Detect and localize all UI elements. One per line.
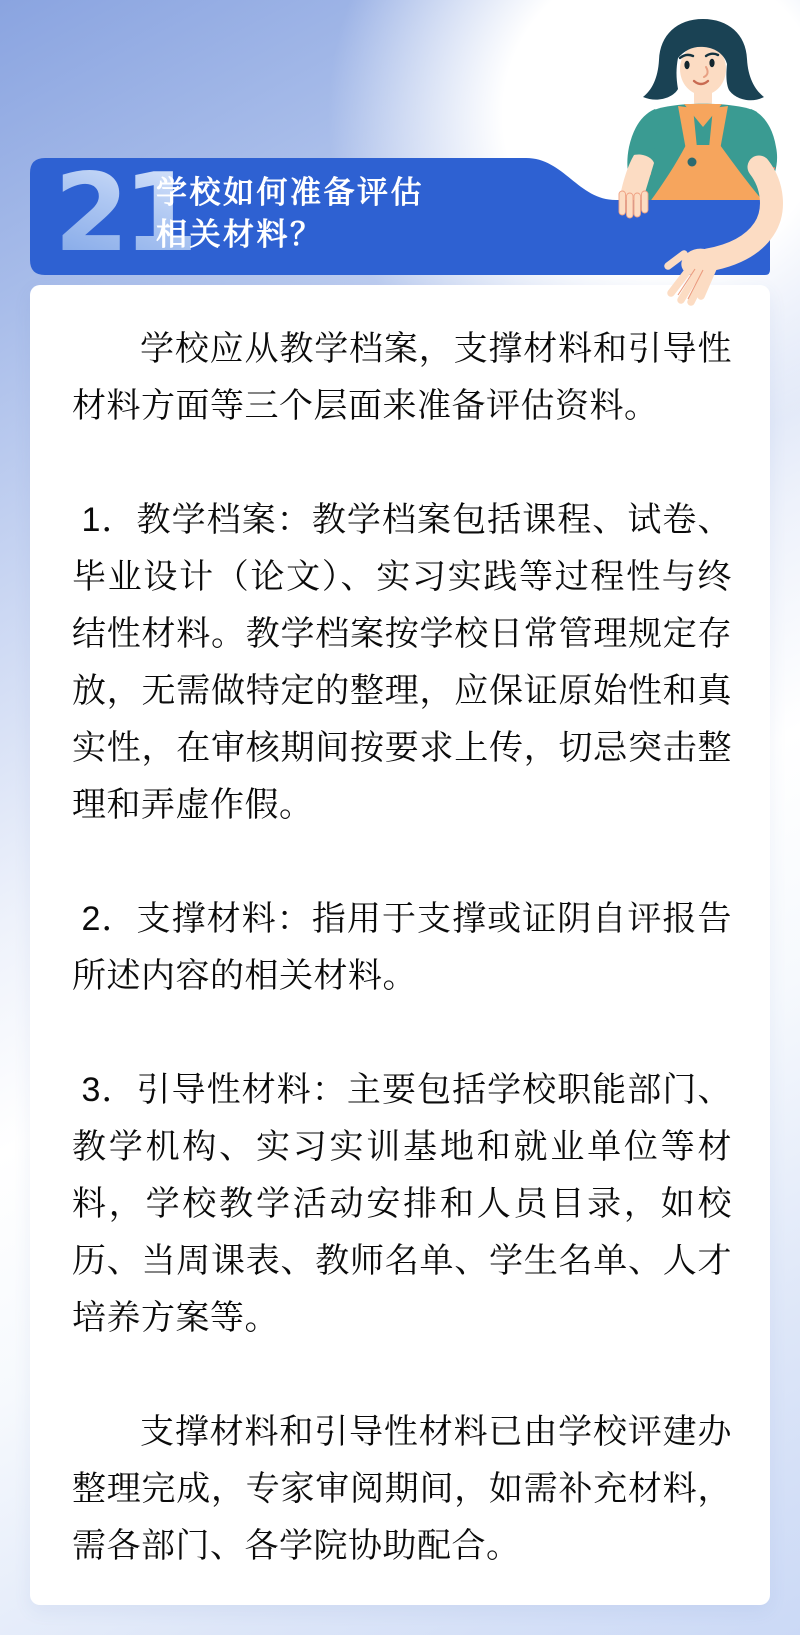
banner-title: 学校如何准备评估 相关材料？ xyxy=(156,172,424,256)
paragraph-point-1: 1．教学档案：教学档案包括课程、试卷、毕业设计（论文）、实习实践等过程性与终结性… xyxy=(72,492,732,834)
title-line-2: 相关材料？ xyxy=(156,214,424,256)
paragraph-closing: 支撑材料和引导性材料已由学校评建办整理完成，专家审阅期间，如需补充材料，需各部门… xyxy=(72,1404,732,1575)
content-card: 学校应从教学档案，支撑材料和引导性材料方面等三个层面来准备评估资料。 1．教学档… xyxy=(30,285,770,1605)
right-arm xyxy=(708,167,771,260)
woman-illustration-arms xyxy=(575,5,800,310)
paragraph-point-2: 2．支撑材料：指用于支撑或证阴自评报告所述内容的相关材料。 xyxy=(72,891,732,1005)
paragraph-point-3: 3．引导性材料：主要包括学校职能部门、教学机构、实习实训基地和就业单位等材料，学… xyxy=(72,1062,732,1347)
paragraph-intro: 学校应从教学档案，支撑材料和引导性材料方面等三个层面来准备评估资料。 xyxy=(72,321,732,435)
title-line-1: 学校如何准备评估 xyxy=(156,172,424,214)
infographic-page: 21 学校如何准备评估 相关材料？ xyxy=(0,0,800,1635)
left-forearm xyxy=(620,154,654,196)
